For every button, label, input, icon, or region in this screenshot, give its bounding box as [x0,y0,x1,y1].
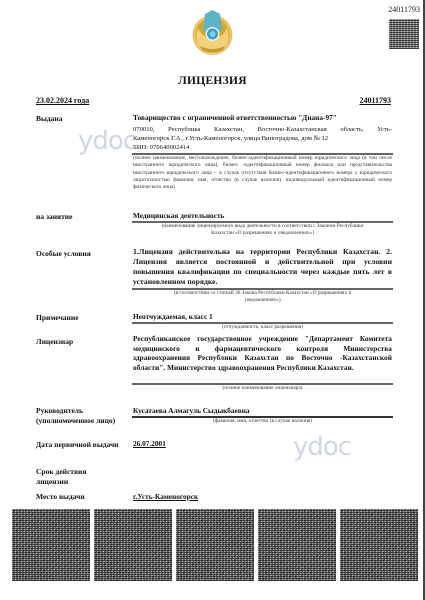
2d-barcode [12,509,90,581]
head-value: Кусатаева Алмагуль Сыдыкбаевна [133,406,392,415]
issued-to-label: Выдана [36,114,62,124]
licensee-address-line1: 070010, Республика Казахстан, Восточно-К… [133,125,392,134]
top-license-number: 24011793 [388,5,420,14]
first-issue-label: Дата первичной выдачи [36,440,119,450]
licensee-bin: БИН: 970640002414 [133,143,392,152]
remark-value: Неотчуждаемая, класс 1 [133,312,392,321]
remark-label: Примечание [36,313,79,323]
2d-barcode [258,509,336,581]
activity-label: на занятие [36,212,72,222]
licensor-value: Республиканское государственное учрежден… [133,334,392,372]
barcode-strip [12,509,418,581]
document-title: ЛИЦЕНЗИЯ [0,75,425,87]
first-issue-date: 26.07.2001 [133,439,392,448]
licensor-note: (полное наименование лицензиара) [133,385,392,392]
activity-value: Медицинская деятельность [133,211,392,220]
watermark: ydoc [293,432,351,462]
licensee-note: (полное наименование, местонахождение, б… [133,155,392,191]
validity-label-line2: лицензии [36,477,68,487]
head-note: (фамилия, имя, отчество (в случае наличи… [133,418,392,425]
head-label-line1: Руководитель [36,406,83,416]
license-number: 24011793 [359,96,391,105]
place-value: г.Усть-Каменогорск [133,492,392,501]
licensor-label: Лицензиар [36,337,73,347]
special-conditions-note: (в соответствии со статьей 36 Закона Рес… [133,290,392,304]
2d-barcode [176,509,254,581]
licensee-name: Товарищество с ограниченной ответственно… [133,113,392,122]
licensee-address-line2: Каменогорск Г.А., г.Усть-Каменогорск, ул… [133,134,392,143]
qr-code [389,19,419,49]
2d-barcode [340,509,418,581]
head-label-line2: (уполномоченное лицо) [36,416,115,426]
special-conditions-value: 1.Лицензия действительна на территории Р… [133,247,392,287]
state-emblem-icon [190,8,235,58]
validity-label-line1: Срок действия [36,467,86,477]
watermark: ydoc [78,126,136,156]
activity-note: (наименование лицензируемого вида деятел… [133,223,392,237]
place-label: Место выдачи [36,492,85,502]
special-conditions-label: Особые условия [36,249,91,259]
2d-barcode [94,509,172,581]
remark-note: (отчуждаемость, класс разрешения) [133,324,392,331]
issue-date: 23.02.2024 года [36,96,89,105]
